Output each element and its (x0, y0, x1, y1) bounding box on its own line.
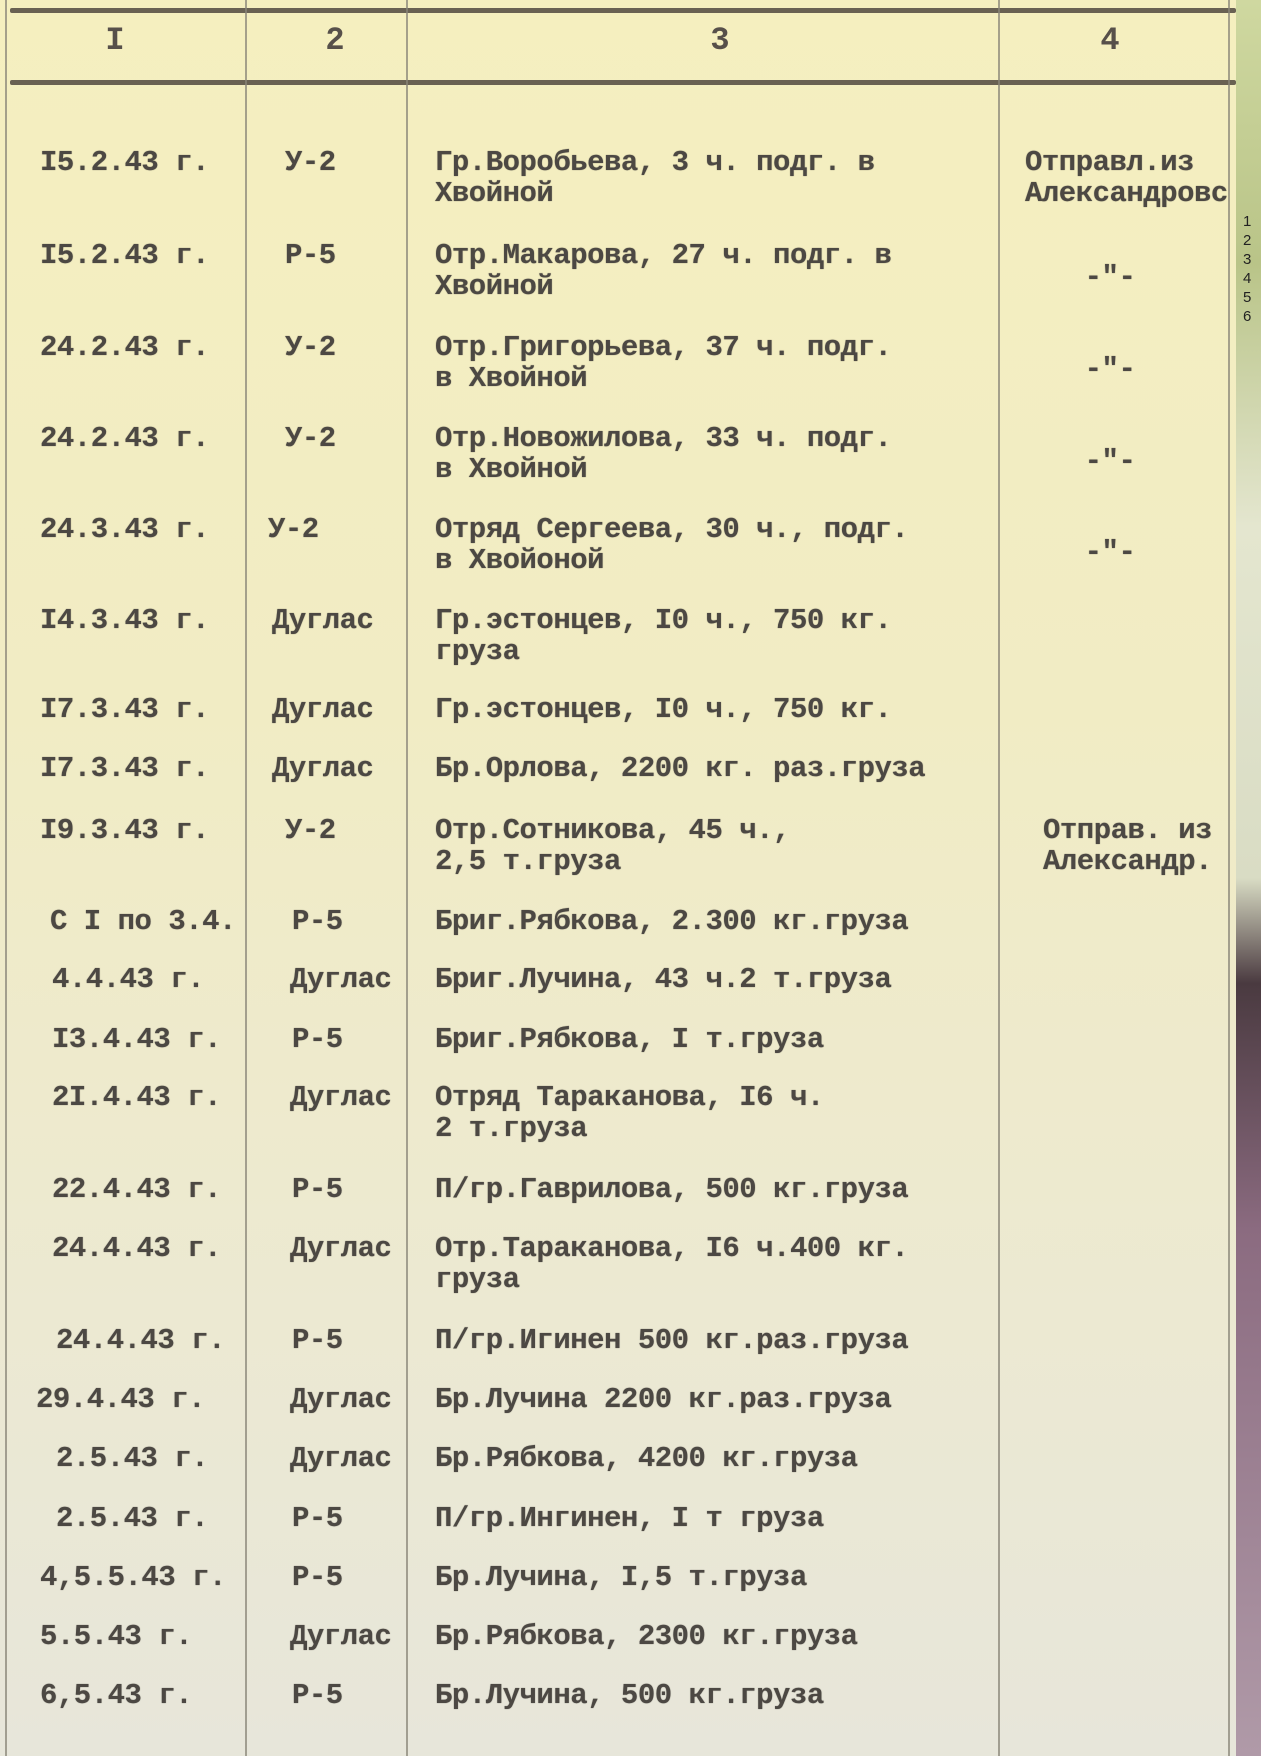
cell-aircraft: Р-5 (292, 1503, 432, 1534)
cell-description: Бр.Лучина, 500 кг.груза (435, 1680, 995, 1711)
cell-aircraft: Дуглас (290, 1082, 430, 1113)
header-rule (10, 80, 1236, 85)
cell-description: Отр.Сотникова, 45 ч., 2,5 т.груза (435, 815, 995, 877)
adjacent-page-numbers: 1 2 3 4 5 6 (1243, 212, 1251, 326)
cell-note-ditto: -"- (1020, 537, 1200, 568)
cell-description: П/гр.Ингинен, I т груза (435, 1503, 995, 1534)
column-divider-right (1228, 0, 1230, 1756)
cell-date: I7.3.43 г. (40, 753, 240, 784)
cell-aircraft: У-2 (285, 815, 425, 846)
cell-date: 2I.4.43 г. (52, 1082, 252, 1113)
column-divider-left (5, 0, 7, 1756)
cell-note-ditto: -"- (1020, 262, 1200, 293)
column-divider-1 (245, 0, 247, 1756)
cell-description: Бр.Орлова, 2200 кг. раз.груза (435, 753, 995, 784)
cell-date: 22.4.43 г. (52, 1174, 252, 1205)
cell-aircraft: Р-5 (292, 1174, 432, 1205)
cell-date: 5.5.43 г. (40, 1621, 240, 1652)
cell-description: Отр.Тараканова, I6 ч.400 кг. груза (435, 1233, 995, 1295)
column-header-3: 3 (665, 22, 775, 59)
cell-note-ditto: -"- (1020, 446, 1200, 477)
cell-aircraft: У-2 (285, 423, 425, 454)
cell-description: Бриг.Рябкова, I т.груза (435, 1024, 995, 1055)
cell-aircraft: У-2 (268, 514, 408, 545)
cell-date: 24.2.43 г. (40, 332, 240, 363)
cell-date: 4,5.5.43 г. (40, 1562, 240, 1593)
cell-date: 24.4.43 г. (56, 1325, 256, 1356)
cell-aircraft: Дуглас (290, 1384, 430, 1415)
cell-description: Отр.Новожилова, 33 ч. подг. в Хвойной (435, 423, 995, 485)
cell-aircraft: У-2 (285, 332, 425, 363)
cell-note: Отправ. из Александр. (1043, 815, 1261, 877)
cell-description: Отряд Сергеева, 30 ч., подг. в Хвойоной (435, 514, 995, 576)
cell-note: Отправл.из Александровс (1025, 147, 1261, 209)
cell-aircraft: Р-5 (285, 240, 425, 271)
cell-aircraft: Дуглас (290, 1621, 430, 1652)
cell-date: I5.2.43 г. (40, 240, 240, 271)
cell-aircraft: У-2 (285, 147, 425, 178)
cell-description: Бриг.Лучина, 43 ч.2 т.груза (435, 964, 995, 995)
cell-aircraft: Р-5 (292, 906, 432, 937)
cell-aircraft: Р-5 (292, 1680, 432, 1711)
cell-description: Бриг.Рябкова, 2.300 кг.груза (435, 906, 995, 937)
cell-description: Бр.Лучина, I,5 т.груза (435, 1562, 995, 1593)
cell-aircraft: Дуглас (290, 1233, 430, 1264)
column-divider-3 (998, 0, 1000, 1756)
cell-description: Отряд Тараканова, I6 ч. 2 т.груза (435, 1082, 995, 1144)
cell-aircraft: Р-5 (292, 1325, 432, 1356)
cell-date: I7.3.43 г. (40, 694, 240, 725)
cell-date: I4.3.43 г. (40, 605, 240, 636)
column-header-4: 4 (1055, 22, 1165, 59)
cell-description: Гр.эстонцев, I0 ч., 750 кг. (435, 694, 995, 725)
cell-note-ditto: -"- (1020, 354, 1200, 385)
cell-date: С I по 3.4. (50, 906, 250, 937)
cell-date: 24.4.43 г. (52, 1233, 252, 1264)
cell-aircraft: Р-5 (292, 1024, 432, 1055)
column-header-2: 2 (280, 22, 390, 59)
cell-description: Бр.Рябкова, 2300 кг.груза (435, 1621, 995, 1652)
cell-aircraft: Дуглас (272, 605, 412, 636)
top-rule (10, 8, 1236, 13)
document-page: I 2 3 4 I5.2.43 г. У-2 Гр.Воробьева, 3 ч… (0, 0, 1236, 1756)
cell-description: Гр.эстонцев, I0 ч., 750 кг. груза (435, 605, 995, 667)
cell-description: Бр.Лучина 2200 кг.раз.груза (435, 1384, 995, 1415)
cell-date: 2.5.43 г. (56, 1503, 256, 1534)
cell-description: Отр.Григорьева, 37 ч. подг. в Хвойной (435, 332, 995, 394)
cell-date: 29.4.43 г. (36, 1384, 236, 1415)
cell-date: I5.2.43 г. (40, 147, 240, 178)
cell-date: 4.4.43 г. (52, 964, 252, 995)
cell-date: 6,5.43 г. (40, 1680, 240, 1711)
cell-date: 24.3.43 г. (40, 514, 240, 545)
cell-description: П/гр.Гаврилова, 500 кг.груза (435, 1174, 995, 1205)
cell-description: Гр.Воробьева, 3 ч. подг. в Хвойной (435, 147, 995, 209)
cell-description: П/гр.Игинен 500 кг.раз.груза (435, 1325, 995, 1356)
cell-date: I3.4.43 г. (52, 1024, 252, 1055)
cell-aircraft: Дуглас (272, 694, 412, 725)
cell-date: 24.2.43 г. (40, 423, 240, 454)
cell-description: Бр.Рябкова, 4200 кг.груза (435, 1443, 995, 1474)
cell-date: I9.3.43 г. (40, 815, 240, 846)
cell-description: Отр.Макарова, 27 ч. подг. в Хвойной (435, 240, 995, 302)
column-header-1: I (60, 22, 170, 59)
cell-aircraft: Дуглас (290, 1443, 430, 1474)
cell-aircraft: Р-5 (292, 1562, 432, 1593)
cell-aircraft: Дуглас (272, 753, 412, 784)
cell-date: 2.5.43 г. (56, 1443, 256, 1474)
cell-aircraft: Дуглас (290, 964, 430, 995)
